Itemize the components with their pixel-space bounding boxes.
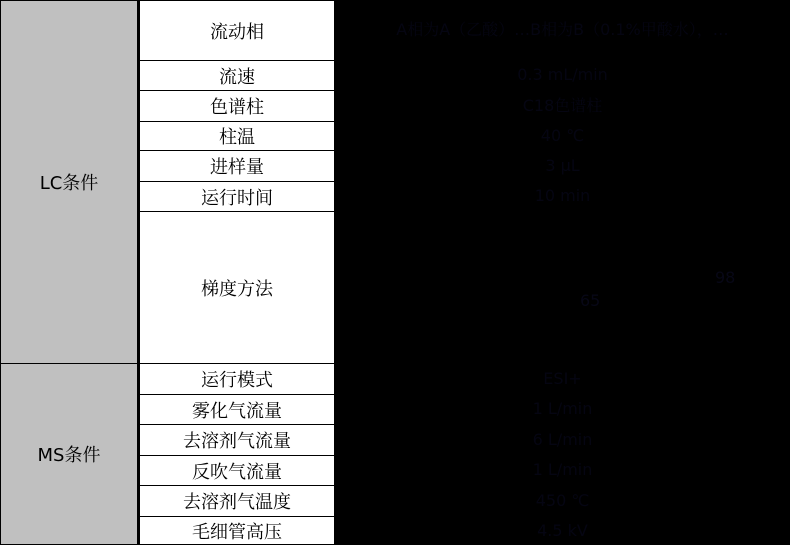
param-run-time: 运行时间 (139, 181, 335, 212)
param-desolvation-gas-flow: 去溶剂气流量 (139, 424, 335, 456)
param-flow-rate: 流速 (139, 60, 335, 91)
group-lc-conditions: LC条件 (0, 0, 138, 364)
param-injection-volume: 进样量 (139, 150, 335, 182)
value-mobile-phase: A相为A（乙酸）…B相为B（0.1%甲酸水），… (335, 0, 790, 60)
gradient-value-98: 98 (715, 266, 735, 290)
param-column-temp: 柱温 (139, 121, 335, 151)
group-ms-conditions: MS条件 (0, 363, 138, 545)
param-mobile-phase: 流动相 (139, 0, 335, 61)
param-gradient-method: 梯度方法 (139, 211, 335, 364)
value-column: C18色谱柱 (335, 90, 790, 121)
value-desolvation-temp: 450 ℃ (335, 485, 790, 516)
param-run-mode: 运行模式 (139, 363, 335, 395)
param-nebulizer-gas-flow: 雾化气流量 (139, 394, 335, 425)
value-injection-volume: 3 μL (335, 150, 790, 181)
value-nebulizer-gas-flow: 1 L/min (335, 394, 790, 424)
value-flow-rate: 0.3 mL/min (335, 60, 790, 90)
value-gradient-method: 98 65 (335, 211, 790, 363)
gradient-value-65: 65 (580, 289, 600, 313)
param-column: 色谱柱 (139, 90, 335, 122)
param-desolvation-temp: 去溶剂气温度 (139, 485, 335, 517)
value-cone-gas-flow: 1 L/min (335, 455, 790, 485)
value-column-temp: 40 ℃ (335, 121, 790, 150)
conditions-table: LC条件 MS条件 流动相 流速 色谱柱 柱温 进样量 运行时间 梯度方法 运行… (0, 0, 790, 545)
value-run-time: 10 min (335, 181, 790, 211)
value-desolvation-gas-flow: 6 L/min (335, 424, 790, 455)
value-capillary-voltage: 4.5 kV (335, 516, 790, 545)
value-run-mode: ESI+ (335, 363, 790, 394)
param-cone-gas-flow: 反吹气流量 (139, 455, 335, 486)
param-capillary-voltage: 毛细管高压 (139, 516, 335, 545)
